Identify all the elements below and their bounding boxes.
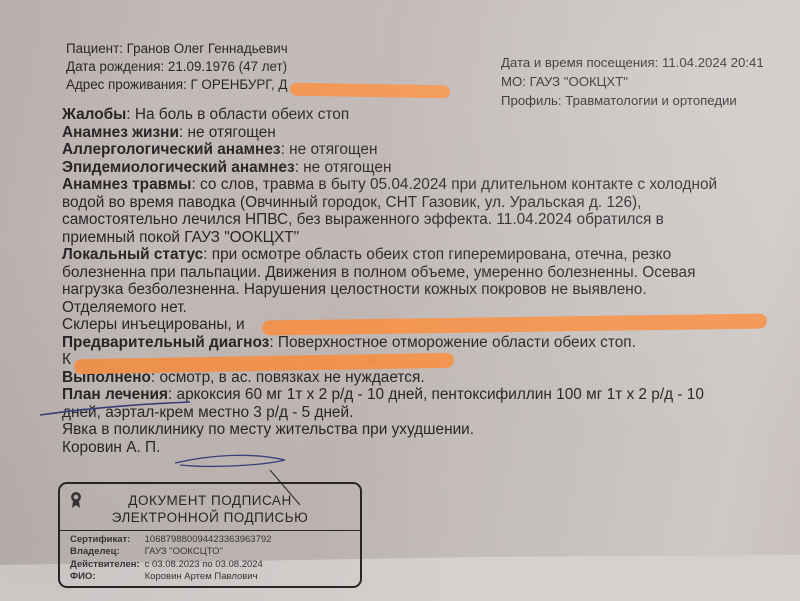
- medical-org: МО: ГАУЗ "ООКЦХТ": [501, 72, 764, 91]
- allergy-anamnesis: Аллергологический анамнез: не отягощен: [62, 141, 792, 159]
- visit-datetime: Дата и время посещения: 11.04.2024 20:41: [501, 53, 764, 72]
- epid-anamnesis: Эпидемиологический анамнез: не отягощен: [62, 159, 792, 177]
- life-anamnesis: Анамнез жизни: не отягощен: [62, 124, 792, 142]
- local-status: Локальный статус: при осмотре область об…: [62, 246, 792, 316]
- stamp-title: ДОКУМЕНТ ПОДПИСАН ЭЛЕКТРОННОЙ ПОДПИСЬЮ: [60, 492, 360, 526]
- stamp-row-valid: Действителен: с 03.08.2023 по 03.08.2024: [70, 559, 271, 571]
- doctor-name: Коровин А. П.: [62, 439, 792, 457]
- redaction-address: [290, 83, 450, 99]
- trauma-anamnesis: Анамнез травмы: со слов, травма в быту 0…: [62, 176, 792, 246]
- address: Адрес проживания: Г ОРЕНБУРГ, Д: [66, 76, 288, 94]
- stamp-details: Сертификат: 1068798800944233639637​92 Вл…: [70, 534, 271, 583]
- stamp-row-owner: Владелец: ГАУЗ "ООКСЦТО": [70, 546, 271, 558]
- record-body: Жалобы: На боль в области обеих стоп Ана…: [62, 106, 792, 456]
- visit-header: Дата и время посещения: 11.04.2024 20:41…: [501, 53, 764, 110]
- follow-up: Явка в поликлинику по месту жительства п…: [62, 421, 792, 439]
- treatment-plan: План лечения: аркоксия 60 мг 1т х 2 р/д …: [62, 386, 792, 421]
- patient-header: Пациент: Гранов Олег Геннадьевич Дата ро…: [66, 40, 288, 94]
- e-signature-stamp: ДОКУМЕНТ ПОДПИСАН ЭЛЕКТРОННОЙ ПОДПИСЬЮ С…: [58, 482, 362, 588]
- complaints: Жалобы: На боль в области обеих стоп: [62, 106, 792, 124]
- stamp-row-certificate: Сертификат: 1068798800944233639637​92: [70, 534, 271, 546]
- patient-name: Пациент: Гранов Олег Геннадьевич: [66, 40, 288, 58]
- stamp-divider: [60, 530, 360, 531]
- birth-date: Дата рождения: 21.09.1976 (47 лет): [66, 58, 288, 76]
- stamp-row-fio: ФИО: Коровин Артем Павлович: [70, 571, 271, 583]
- preliminary-diagnosis: Предварительный диагноз: Поверхностное о…: [62, 334, 792, 352]
